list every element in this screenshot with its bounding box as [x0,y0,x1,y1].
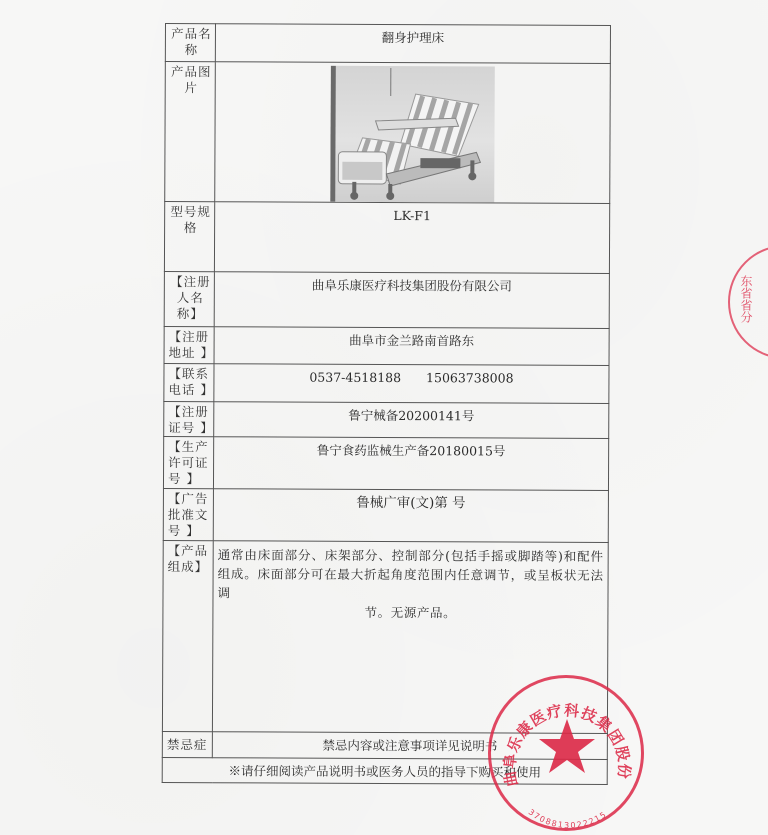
partial-seal-fragment: 东省省分 [739,275,753,324]
composition-text-end: 节。无源产品。 [217,602,603,623]
label-registrant-name: 【注册人名称】 [164,271,214,326]
nursing-bed-illustration [330,66,495,203]
value-registration-number: 鲁宁械备20200141号 [214,402,609,439]
label-product-composition: 【产品组成】 [162,540,213,731]
table-row: 【生产许可证号 】 鲁宁食药监械生产备20180015号 [163,436,608,490]
value-registered-address: 曲阜市金兰路南首路东 [214,327,609,366]
label-model: 型号规格 [164,202,214,272]
label-ad-approval: 【广告批准文号 】 [163,488,213,540]
table-row: 型号规格 LK-F1 [164,202,609,274]
table-row: 【注册证号 】 鲁宁械备20200141号 [164,401,609,438]
value-model: LK-F1 [214,202,609,274]
value-production-license: 鲁宁食药监械生产备20180015号 [213,437,608,491]
table-row: 【广告批准文号 】 鲁械广审(文)第 号 [163,488,608,542]
label-contraindications: 禁忌症 [162,731,212,757]
nursing-bed-photo [330,66,495,203]
table-row: 【注册人名称】 曲阜乐康医疗科技集团股份有限公司 [164,271,609,328]
label-product-image: 产品图片 [165,62,216,202]
label-contact-phone: 【联系电话 】 [164,363,214,401]
seal-code: 3708813022215 [527,807,609,830]
label-product-name: 产品名称 [165,24,215,62]
seal-star-icon [537,717,597,777]
label-registered-address: 【注册地址 】 [164,326,214,363]
value-registrant-name: 曲阜乐康医疗科技集团股份有限公司 [214,272,609,329]
table-row: 产品图片 [165,62,611,204]
table-row: 【注册地址 】 曲阜市金兰路南首路东 [164,326,609,365]
label-production-license: 【生产许可证号 】 [163,436,213,488]
partial-seal-text: 东省省分 [728,245,768,355]
product-info-table: 产品名称 翻身护理床 产品图片 [162,23,611,785]
label-registration-number: 【注册证号 】 [164,401,214,436]
composition-text: 通常由床面部分、床架部分、控制部分(包括手摇或脚踏等)和配件组成。床面部分可在最… [217,547,603,600]
table-row: 产品名称 翻身护理床 [165,24,610,64]
value-ad-approval: 鲁械广审(文)第 号 [213,489,608,543]
table-row: 【联系电话 】 0537-4518188 15063738008 [164,363,609,403]
svg-text:3708813022215: 3708813022215 [527,807,609,830]
value-product-name: 翻身护理床 [215,24,610,64]
value-product-image [215,62,611,204]
value-contact-phone: 0537-4518188 15063738008 [214,364,609,404]
